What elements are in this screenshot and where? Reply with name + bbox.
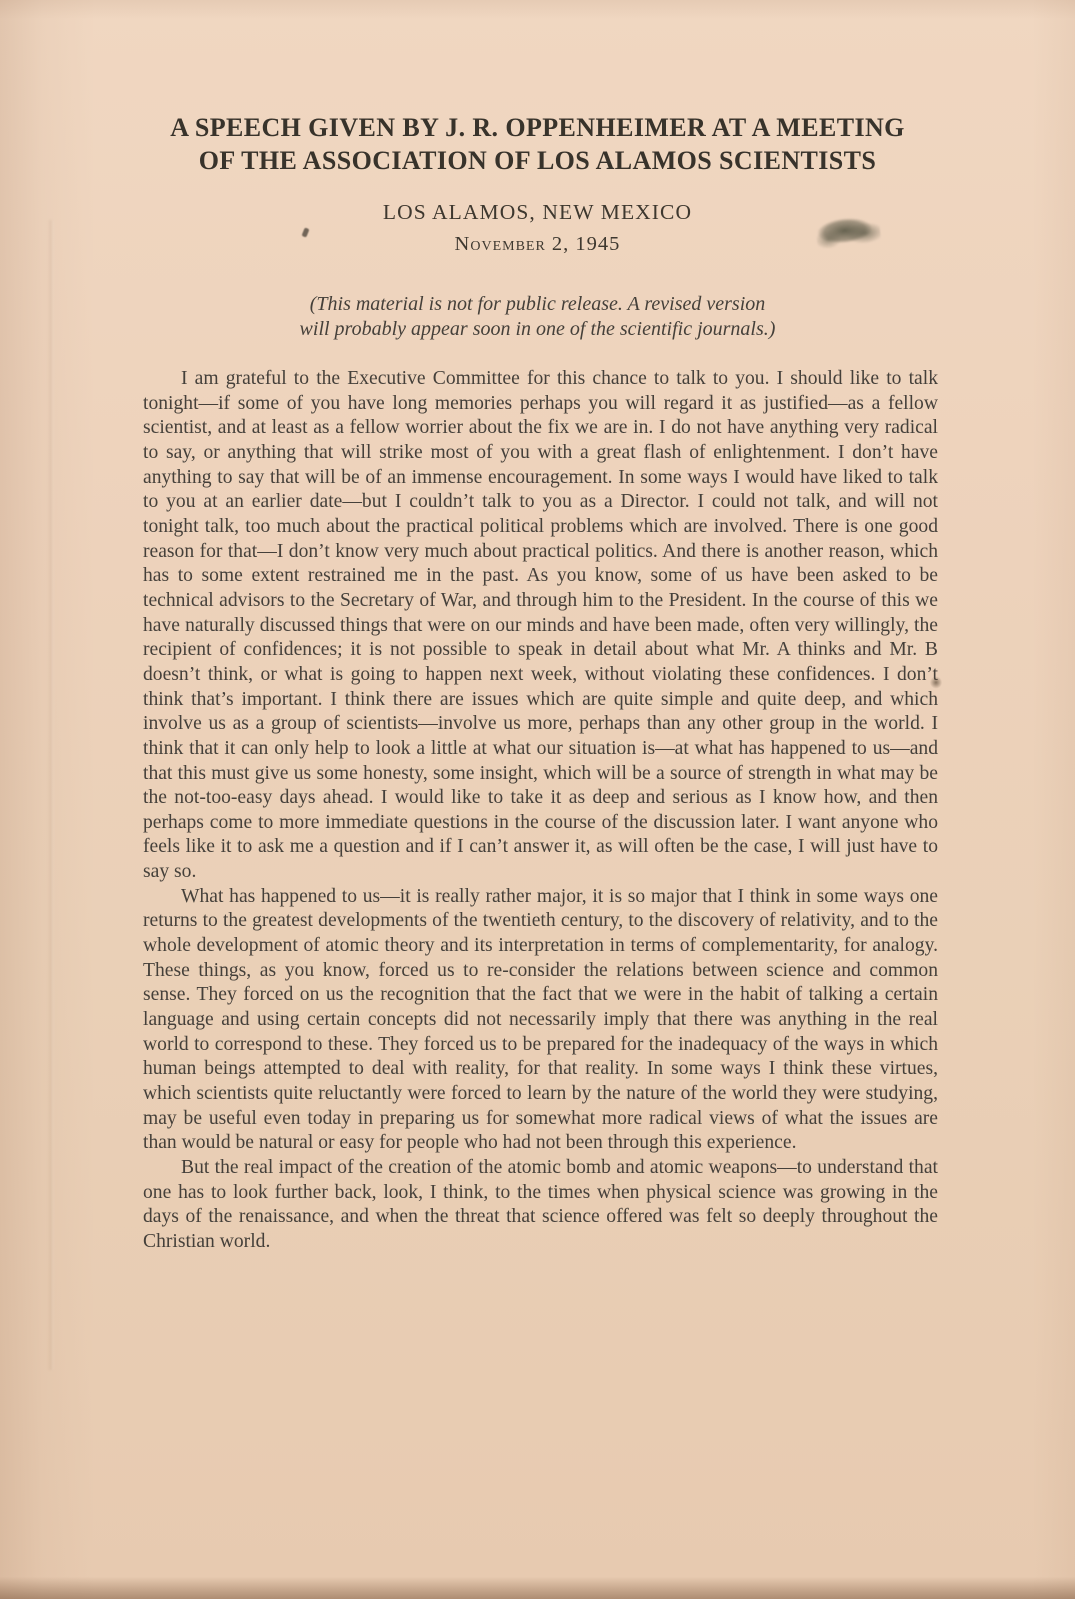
- document-header: A SPEECH GIVEN BY J. R. OPPENHEIMER AT A…: [0, 0, 1075, 341]
- paragraph: But the real impact of the creation of t…: [143, 1156, 938, 1255]
- paper-speck: [930, 676, 942, 689]
- release-note-line-1: (This material is not for public release…: [0, 292, 1075, 317]
- release-note-line-2: will probably appear soon in one of the …: [0, 317, 1075, 342]
- paragraph: I am grateful to the Executive Committee…: [143, 367, 938, 885]
- speech-body: I am grateful to the Executive Committee…: [143, 367, 938, 1255]
- title-line-2: OF THE ASSOCIATION OF LOS ALAMOS SCIENTI…: [0, 144, 1075, 177]
- ink-smudge: [815, 212, 882, 251]
- title-line-1: A SPEECH GIVEN BY J. R. OPPENHEIMER AT A…: [0, 111, 1075, 144]
- location-line: LOS ALAMOS, NEW MEXICO: [0, 200, 1075, 225]
- paper-crease: [48, 220, 54, 1370]
- scanned-document-page: A SPEECH GIVEN BY J. R. OPPENHEIMER AT A…: [0, 0, 1075, 1599]
- date-line: November 2, 1945: [0, 233, 1075, 256]
- release-note: (This material is not for public release…: [0, 292, 1075, 341]
- paragraph: What has happened to us—it is really rat…: [143, 885, 938, 1156]
- document-title: A SPEECH GIVEN BY J. R. OPPENHEIMER AT A…: [0, 111, 1075, 177]
